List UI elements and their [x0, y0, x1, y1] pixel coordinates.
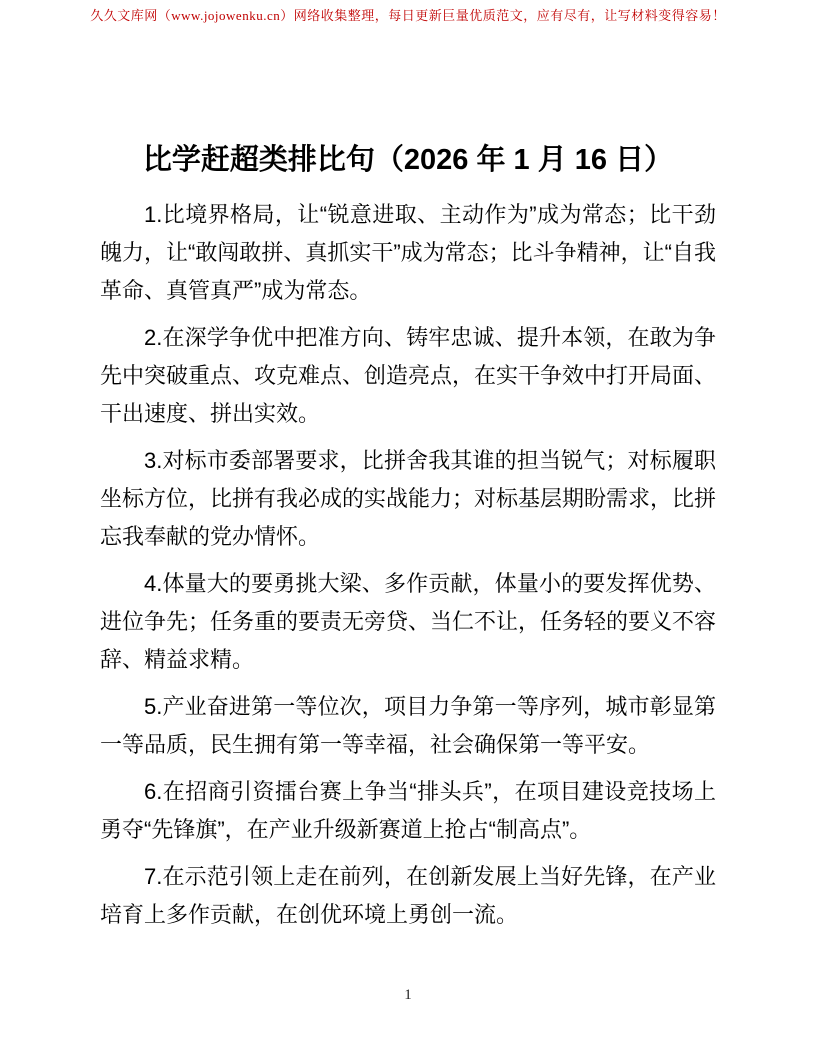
paragraph-3: 3.对标市委部署要求，比拼舍我其谁的担当锐气；对标履职坐标方位，比拼有我必成的实…: [100, 442, 716, 556]
document-body: 1.比境界格局，让“锐意进取、主动作为”成为常态；比干劲魄力，让“敢闯敢拼、真抓…: [100, 196, 716, 943]
paragraph-6: 6.在招商引资擂台赛上争当“排头兵”，在项目建设竞技场上勇夺“先锋旗”，在产业升…: [100, 773, 716, 849]
page-number: 1: [0, 987, 816, 1004]
paragraph-5: 5.产业奋进第一等位次，项目力争第一等序列，城市彰显第一等品质，民生拥有第一等幸…: [100, 688, 716, 764]
watermark-header: 久久文库网（www.jojowenku.cn）网络收集整理，每日更新巨量优质范文…: [0, 7, 816, 25]
paragraph-2: 2.在深学争优中把准方向、铸牢忠诚、提升本领，在敢为争先中突破重点、攻克难点、创…: [100, 319, 716, 433]
paragraph-7: 7.在示范引领上走在前列，在创新发展上当好先锋，在产业培育上多作贡献，在创优环境…: [100, 858, 716, 934]
paragraph-1: 1.比境界格局，让“锐意进取、主动作为”成为常态；比干劲魄力，让“敢闯敢拼、真抓…: [100, 196, 716, 310]
paragraph-4: 4.体量大的要勇挑大梁、多作贡献，体量小的要发挥优势、进位争先；任务重的要责无旁…: [100, 565, 716, 679]
document-title: 比学赶超类排比句（2026 年 1 月 16 日）: [100, 140, 716, 180]
document-page: 久久文库网（www.jojowenku.cn）网络收集整理，每日更新巨量优质范文…: [0, 0, 816, 1056]
